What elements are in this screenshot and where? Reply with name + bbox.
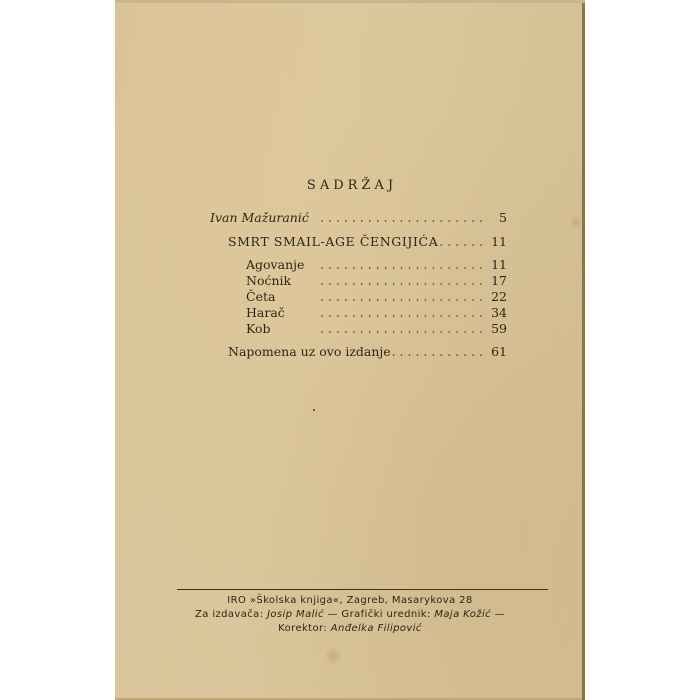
footer-rule: [177, 589, 548, 590]
toc-entry-page: 22: [489, 289, 507, 304]
toc-entry-chapter: Agovanje . . . . . . . . . . . . . . . .…: [246, 257, 507, 272]
dot-leader: . . . . . . . . . . . . . . . . . . . . …: [391, 344, 489, 359]
toc-entry-work: SMRT SMAIL-AGE ČENGIJIĆA . . . . . . . .…: [228, 234, 507, 249]
dot-leader: . . . . . . . . . . . . . . . . . . . . …: [271, 321, 489, 336]
imprint-label: — Grafički urednik:: [324, 609, 434, 620]
imprint-publisher: IRO »Školska knjiga«, Zagreb, Masarykova…: [115, 595, 585, 606]
toc-entry-label: Harač: [246, 305, 285, 320]
dot-leader: . . . . . . . . . . . . . . . . . . . . …: [291, 273, 489, 288]
toc-entry-chapter: Četa . . . . . . . . . . . . . . . . . .…: [246, 289, 507, 304]
dot-leader: . . . . . . . . . . . . . . . . . . . . …: [438, 234, 489, 249]
toc-entry-page: 59: [489, 321, 507, 336]
toc-entry-label: Noćnik: [246, 273, 291, 288]
toc-entry-chapter: Harač . . . . . . . . . . . . . . . . . …: [246, 305, 507, 320]
imprint-credits: Za izdavača: Josip Malić — Grafički ured…: [115, 609, 585, 620]
dot-leader: . . . . . . . . . . . . . . . . . . . . …: [285, 305, 489, 320]
toc-entry-chapter: Kob . . . . . . . . . . . . . . . . . . …: [246, 321, 507, 336]
toc-entry-page: 5: [489, 210, 507, 225]
toc-entry-page: 34: [489, 305, 507, 320]
paper-speck: [313, 409, 315, 411]
toc-title: SADRŽAJ: [115, 178, 587, 193]
toc-entry-chapter: Noćnik . . . . . . . . . . . . . . . . .…: [246, 273, 507, 288]
toc-entry-page: 11: [489, 234, 507, 249]
imprint-label: Korektor:: [278, 623, 331, 634]
toc-entry-label: Četa: [246, 289, 275, 304]
imprint-label: Za izdavača:: [195, 609, 267, 620]
toc-entry-label: Kob: [246, 321, 271, 336]
toc-entry-notes: Napomena uz ovo izdanje . . . . . . . . …: [228, 344, 507, 359]
imprint-name: Maja Kožić: [434, 609, 491, 620]
dot-leader: . . . . . . . . . . . . . . . . . . . . …: [309, 210, 489, 225]
toc-entry-author: Ivan Mažuranić . . . . . . . . . . . . .…: [210, 210, 507, 225]
toc-entry-page: 11: [489, 257, 507, 272]
imprint-name: Josip Malić: [267, 609, 324, 620]
toc-entry-label: Ivan Mažuranić: [210, 210, 309, 225]
toc-entry-label: Napomena uz ovo izdanje: [228, 344, 391, 359]
book-page: SADRŽAJ Ivan Mažuranić . . . . . . . . .…: [115, 0, 585, 700]
imprint-dash: —: [491, 609, 505, 620]
imprint-name: Anđelka Filipović: [331, 623, 422, 634]
toc-entry-page: 61: [489, 344, 507, 359]
dot-leader: . . . . . . . . . . . . . . . . . . . . …: [304, 257, 489, 272]
toc-entry-page: 17: [489, 273, 507, 288]
imprint-publisher-text: IRO »Školska knjiga«, Zagreb, Masarykova…: [227, 595, 472, 606]
toc-entry-label: SMRT SMAIL-AGE ČENGIJIĆA: [228, 234, 438, 249]
dot-leader: . . . . . . . . . . . . . . . . . . . . …: [275, 289, 489, 304]
toc-entry-label: Agovanje: [246, 257, 304, 272]
imprint-proofreader: Korektor: Anđelka Filipović: [115, 623, 585, 634]
